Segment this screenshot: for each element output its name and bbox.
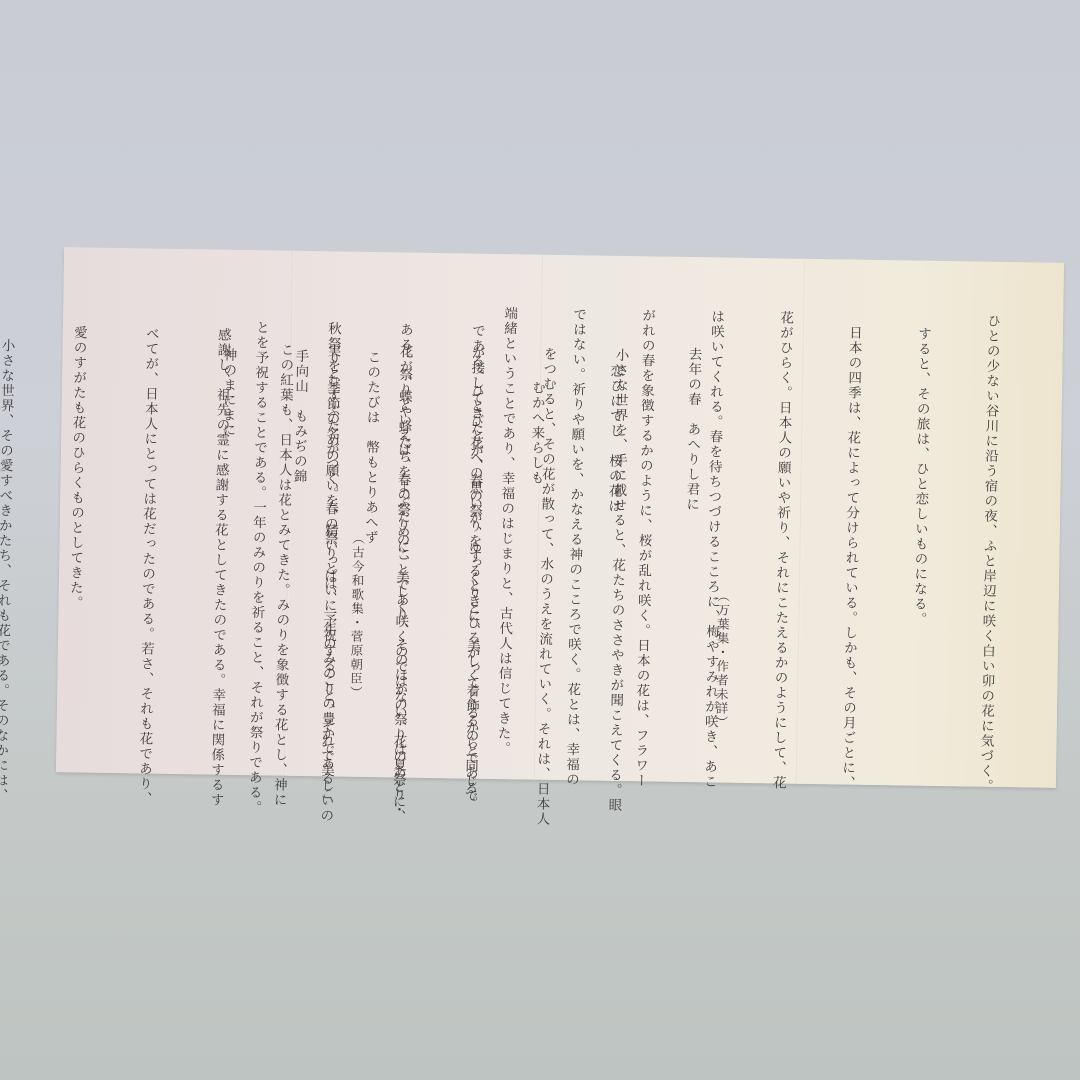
text-line: である。ひとびとが、春の祭りをするときに、美しく着飾るのと同じで [457, 323, 489, 818]
text-line: 日本の四季は、花によって分けられている。しかも、その月ごとに、 [835, 311, 866, 791]
poem-line: このたびは 幣もとりあへず [358, 350, 385, 545]
text-line: ひとの少ない谷川に沿う宿の夜、ふと岸辺に咲く白い卯の花に気づく。 [973, 314, 1004, 794]
panel-center-right: 去年の春 あへりし君に 恋ひにてし 桜の花は むかへ来らしも （万葉集・作者未詳… [534, 255, 804, 784]
panel-leftmost: 感謝し、祖先の霊に感謝する花としてきたのである。幸福に関係するす べてが、日本人… [56, 247, 292, 776]
panel-center-left: である。ひとびとが、春の祭りをするときに、美しく着飾るのと同じで ある。祭りとい… [284, 251, 542, 780]
panel-rightmost: ひとの少ない谷川に沿う宿の夜、ふと岸辺に咲く白い卯の花に気づく。 すると、その旅… [796, 259, 1064, 788]
text-line: 感謝し、祖先の霊に感謝する花としてきたのである。幸福に関係するす [203, 327, 235, 807]
leaflet: ひとの少ない谷川に沿う宿の夜、ふと岸辺に咲く白い卯の花に気づく。 すると、その旅… [56, 247, 1064, 788]
poem-source: （万葉集・作者未詳） [710, 589, 735, 729]
poem-line: 去年の春 あへりし君に [678, 347, 707, 515]
panel-4-text: 感謝し、祖先の霊に感謝する花としてきたのである。幸福に関係するす べてが、日本人… [0, 322, 283, 808]
text-line: 小さな世界、その愛すべきかたち、それも花である。そのなかには、 [0, 324, 19, 804]
poem-source: （古今和歌集・菅原朝臣） [344, 532, 370, 700]
text-line: 愛のすがたも花のひらくものとしてきた。 [59, 325, 91, 805]
text-line: 小さな世界を、手に載せると、花たちのささやきが聞こえてくる。眼 [601, 348, 633, 828]
text-line: すると、その旅は、ひと恋しいものになる。 [904, 312, 935, 792]
text-line: べてが、日本人にとっては花だったのである。若さ、それも花であり、 [131, 326, 163, 806]
